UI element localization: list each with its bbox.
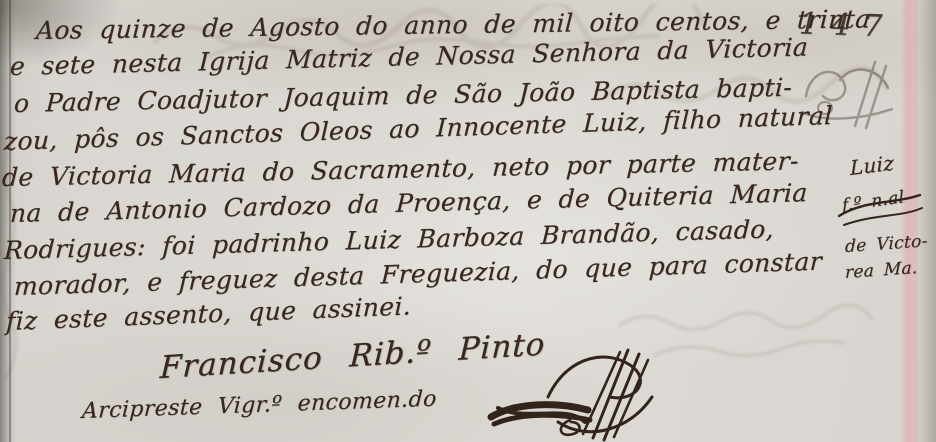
bleed-through-marks-bottom: [615, 300, 915, 370]
signature-rubric-flourish: [538, 342, 660, 442]
signature-name: Francisco Rib.º Pinto: [159, 326, 546, 386]
margin-note-strike-flourish: [834, 186, 926, 232]
signature-title: Arcipreste Vigr.º encomen.do: [81, 387, 437, 424]
manuscript-page: 147 Aos quinze de Agosto do anno de mil …: [0, 0, 936, 442]
margin-note-line-1: Luiz: [850, 151, 895, 180]
